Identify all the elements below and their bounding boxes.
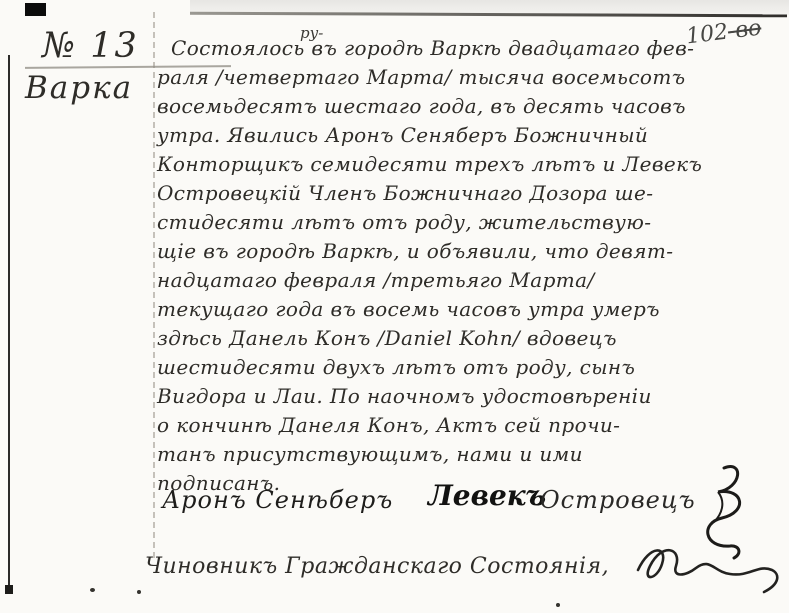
ink-speck — [556, 603, 560, 607]
record-line: щіе въ городѣ Варкѣ, и объявили, что дев… — [157, 237, 789, 266]
signature-witness-2-given: Левекъ — [428, 479, 546, 512]
record-line: стидесяти лѣтъ отъ роду, жительствую- — [157, 208, 789, 237]
record-text: Состоялось въ городѣ Варкѣ двадцатаго фе… — [157, 34, 789, 498]
scanned-death-record-page: № 13 Варка 102-во ру- Состоялось въ горо… — [0, 0, 789, 613]
record-line: Вигдора и Лаи. По наочномъ удостовѣреніи — [157, 382, 789, 411]
record-line: восемьдесятъ шестаго года, въ десять час… — [157, 92, 789, 121]
official-title: Чиновникъ Гражданскаго Состоянія, — [145, 554, 609, 579]
record-line: здѣсь Данель Конъ /Daniel Kohn/ вдовецъ — [157, 324, 789, 353]
margin-divider-rule — [153, 12, 155, 558]
record-line: Островецкій Членъ Божничнаго Дозора ше- — [157, 179, 789, 208]
act-number: № 13 — [42, 26, 139, 66]
signature-witness-1: Аронъ Сенѣберъ — [162, 486, 393, 514]
record-line: танъ присутствующимъ, нами и ими — [157, 440, 789, 469]
ink-speck — [137, 590, 141, 594]
record-line: текущаго года въ восемь часовъ утра умер… — [157, 295, 789, 324]
signature-flourish-official — [632, 540, 784, 598]
scan-corner-mark — [25, 3, 46, 16]
record-line: раля /четвертаго Марта/ тысяча восемьсот… — [157, 63, 789, 92]
record-line: Состоялось въ городѣ Варкѣ двадцатаго фе… — [157, 34, 789, 63]
town-name: Варка — [25, 70, 133, 106]
ink-speck — [90, 588, 95, 592]
record-line: шестидесяти двухъ лѣтъ отъ роду, сынъ — [157, 353, 789, 382]
scan-left-edge-blot — [5, 585, 13, 594]
signature-witness-2-surname: Островецъ — [540, 486, 696, 514]
scan-left-edge-line — [8, 55, 10, 589]
record-line: Конторщикъ семидесяти трехъ лѣтъ и Левек… — [157, 150, 789, 179]
record-line: надцатаго февраля /третьяго Марта/ — [157, 266, 789, 295]
record-line: утра. Явились Аронъ Сеняберъ Божничный — [157, 121, 789, 150]
record-line: о кончинѣ Данеля Конъ, Актъ сей прочи- — [157, 411, 789, 440]
